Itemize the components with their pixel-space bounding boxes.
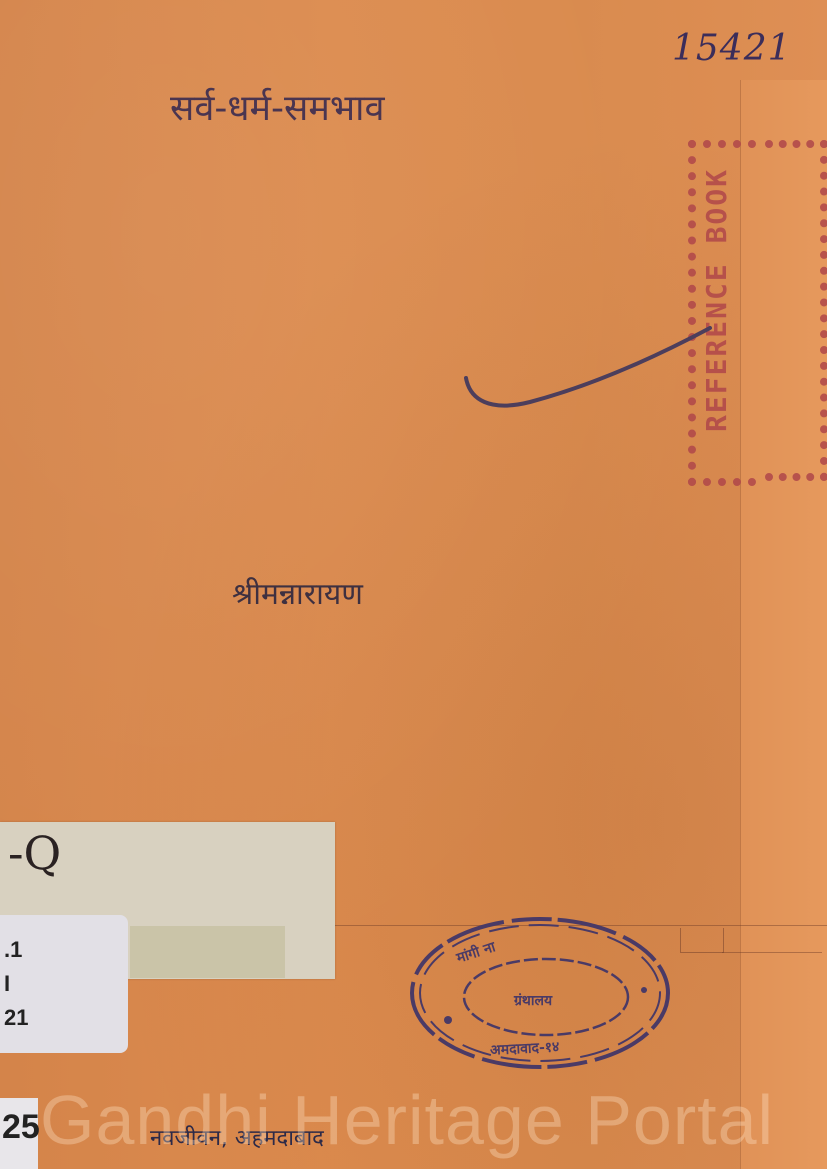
- stamp-center-text: ग्रंथालय: [514, 991, 552, 1010]
- side-label-number: 25: [2, 1108, 40, 1147]
- side-label: 25: [0, 1098, 38, 1169]
- reference-stamp-border-right: [765, 140, 827, 481]
- call-line-1: .1: [4, 937, 22, 963]
- call-line-2: I: [4, 971, 10, 997]
- author-name: श्रीमन्नारायण: [232, 572, 363, 613]
- stamp-bottom-text: अमदावाद-१४: [490, 1037, 560, 1060]
- adhesive-tape: [130, 926, 285, 978]
- oval-library-stamp: मांगी ना ग्रंथालय अमदावाद-१४: [406, 905, 674, 1075]
- book-title: सर्व-धर्म-समभाव: [170, 82, 385, 131]
- tick-mark-icon: [460, 320, 720, 420]
- call-line-3: 21: [4, 1005, 28, 1031]
- paper-label-text: -Q: [8, 826, 61, 880]
- library-call-label: .1 I 21: [0, 915, 128, 1053]
- fold-line-right: [722, 952, 822, 953]
- watermark: Gandhi Heritage Portal: [40, 1080, 774, 1160]
- fold-notch: [680, 928, 724, 953]
- accession-number: 15421: [672, 28, 792, 69]
